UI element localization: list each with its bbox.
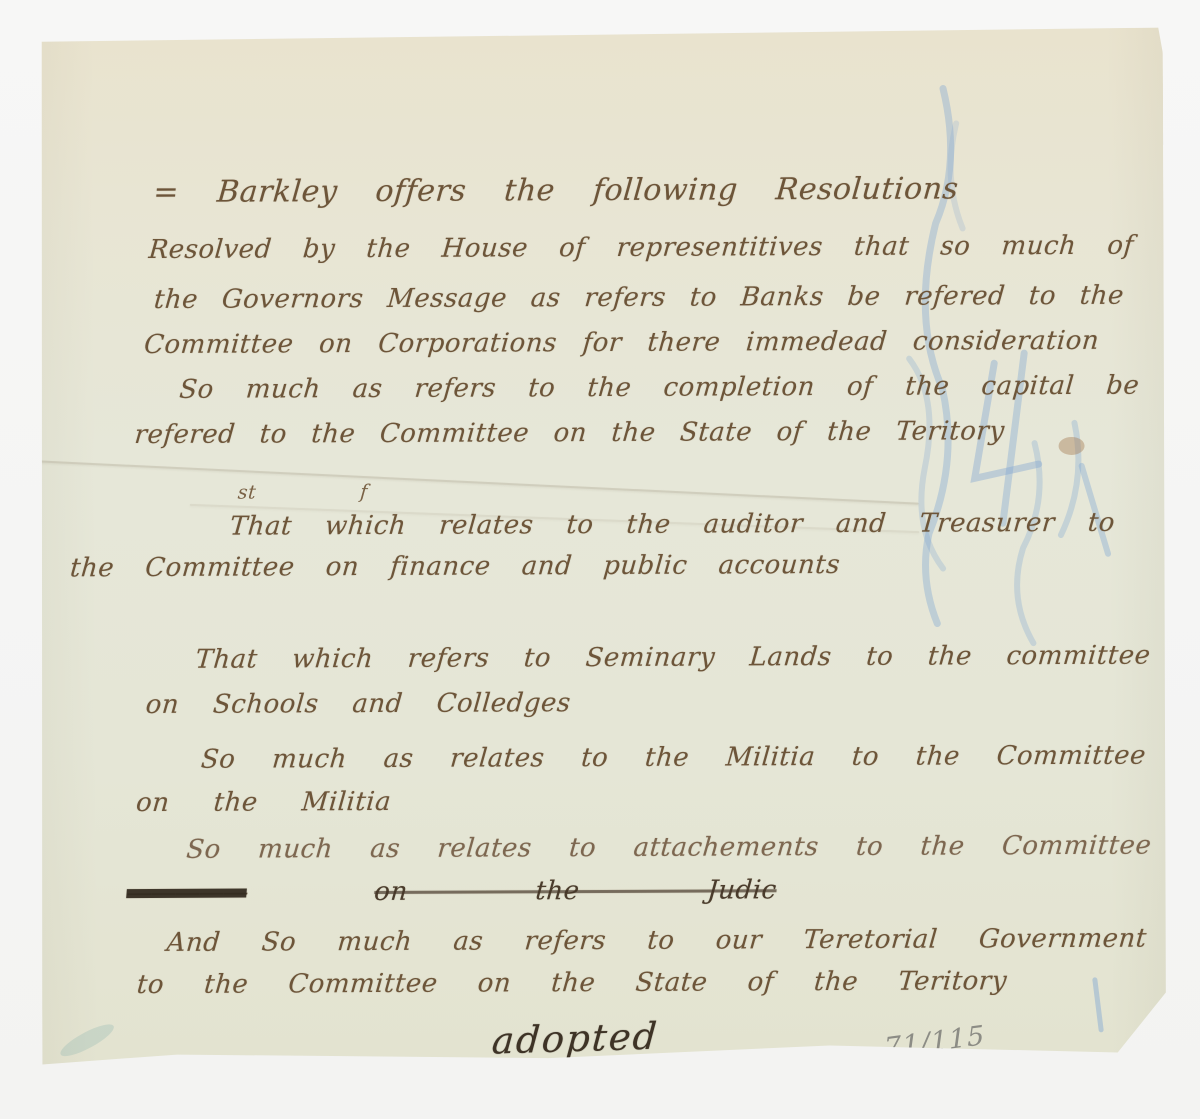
page-number-pencil: 71/115: [883, 1022, 986, 1063]
manuscript-line: the Committee on finance and public acco…: [69, 552, 841, 583]
manuscript-line: = Barkley offers the following Resolutio…: [152, 173, 960, 208]
manuscript-line: to the Committee on the State of the Ter…: [136, 968, 1008, 999]
manuscript-line: So much as refers to the completion of t…: [178, 373, 1140, 404]
teal-smudge: [57, 1019, 117, 1061]
manuscript-line: So much as relates to the Militia to the…: [200, 743, 1147, 774]
scratched-out-text: —————: [125, 878, 247, 909]
struck-tail-text: on the Judic: [373, 875, 778, 907]
manuscript-line-struck: ————— on the Judic: [125, 877, 777, 907]
manuscript-line: So much as relates to attachements to th…: [185, 833, 1152, 865]
manuscript-line: refered to the Committee on the State of…: [133, 418, 1005, 449]
adopted-notation: adopted: [491, 1018, 660, 1062]
manuscript-line: on the Militia: [135, 789, 392, 817]
manuscript-line: That which relates to the auditor and Tr…: [229, 510, 1116, 541]
interlinear-insertion: st f: [237, 483, 369, 504]
manuscript-line: And So much as refers to our Teretorial …: [166, 926, 1148, 958]
paper-crease: [40, 460, 919, 504]
ink-stain: [1059, 437, 1085, 455]
manuscript-line: on Schools and Colledges: [145, 690, 572, 719]
manuscript-page: = Barkley offers the following Resolutio…: [38, 28, 1167, 1065]
manuscript-line: That which refers to Seminary Lands to t…: [194, 643, 1151, 674]
manuscript-line: Committee on Corporations for there imme…: [143, 328, 1100, 359]
manuscript-line: the Governors Message as refers to Banks…: [153, 283, 1125, 315]
scanned-document: { "document": { "kind": "handwritten man…: [0, 0, 1200, 1119]
manuscript-line: Resolved by the House of representitives…: [148, 233, 1135, 265]
